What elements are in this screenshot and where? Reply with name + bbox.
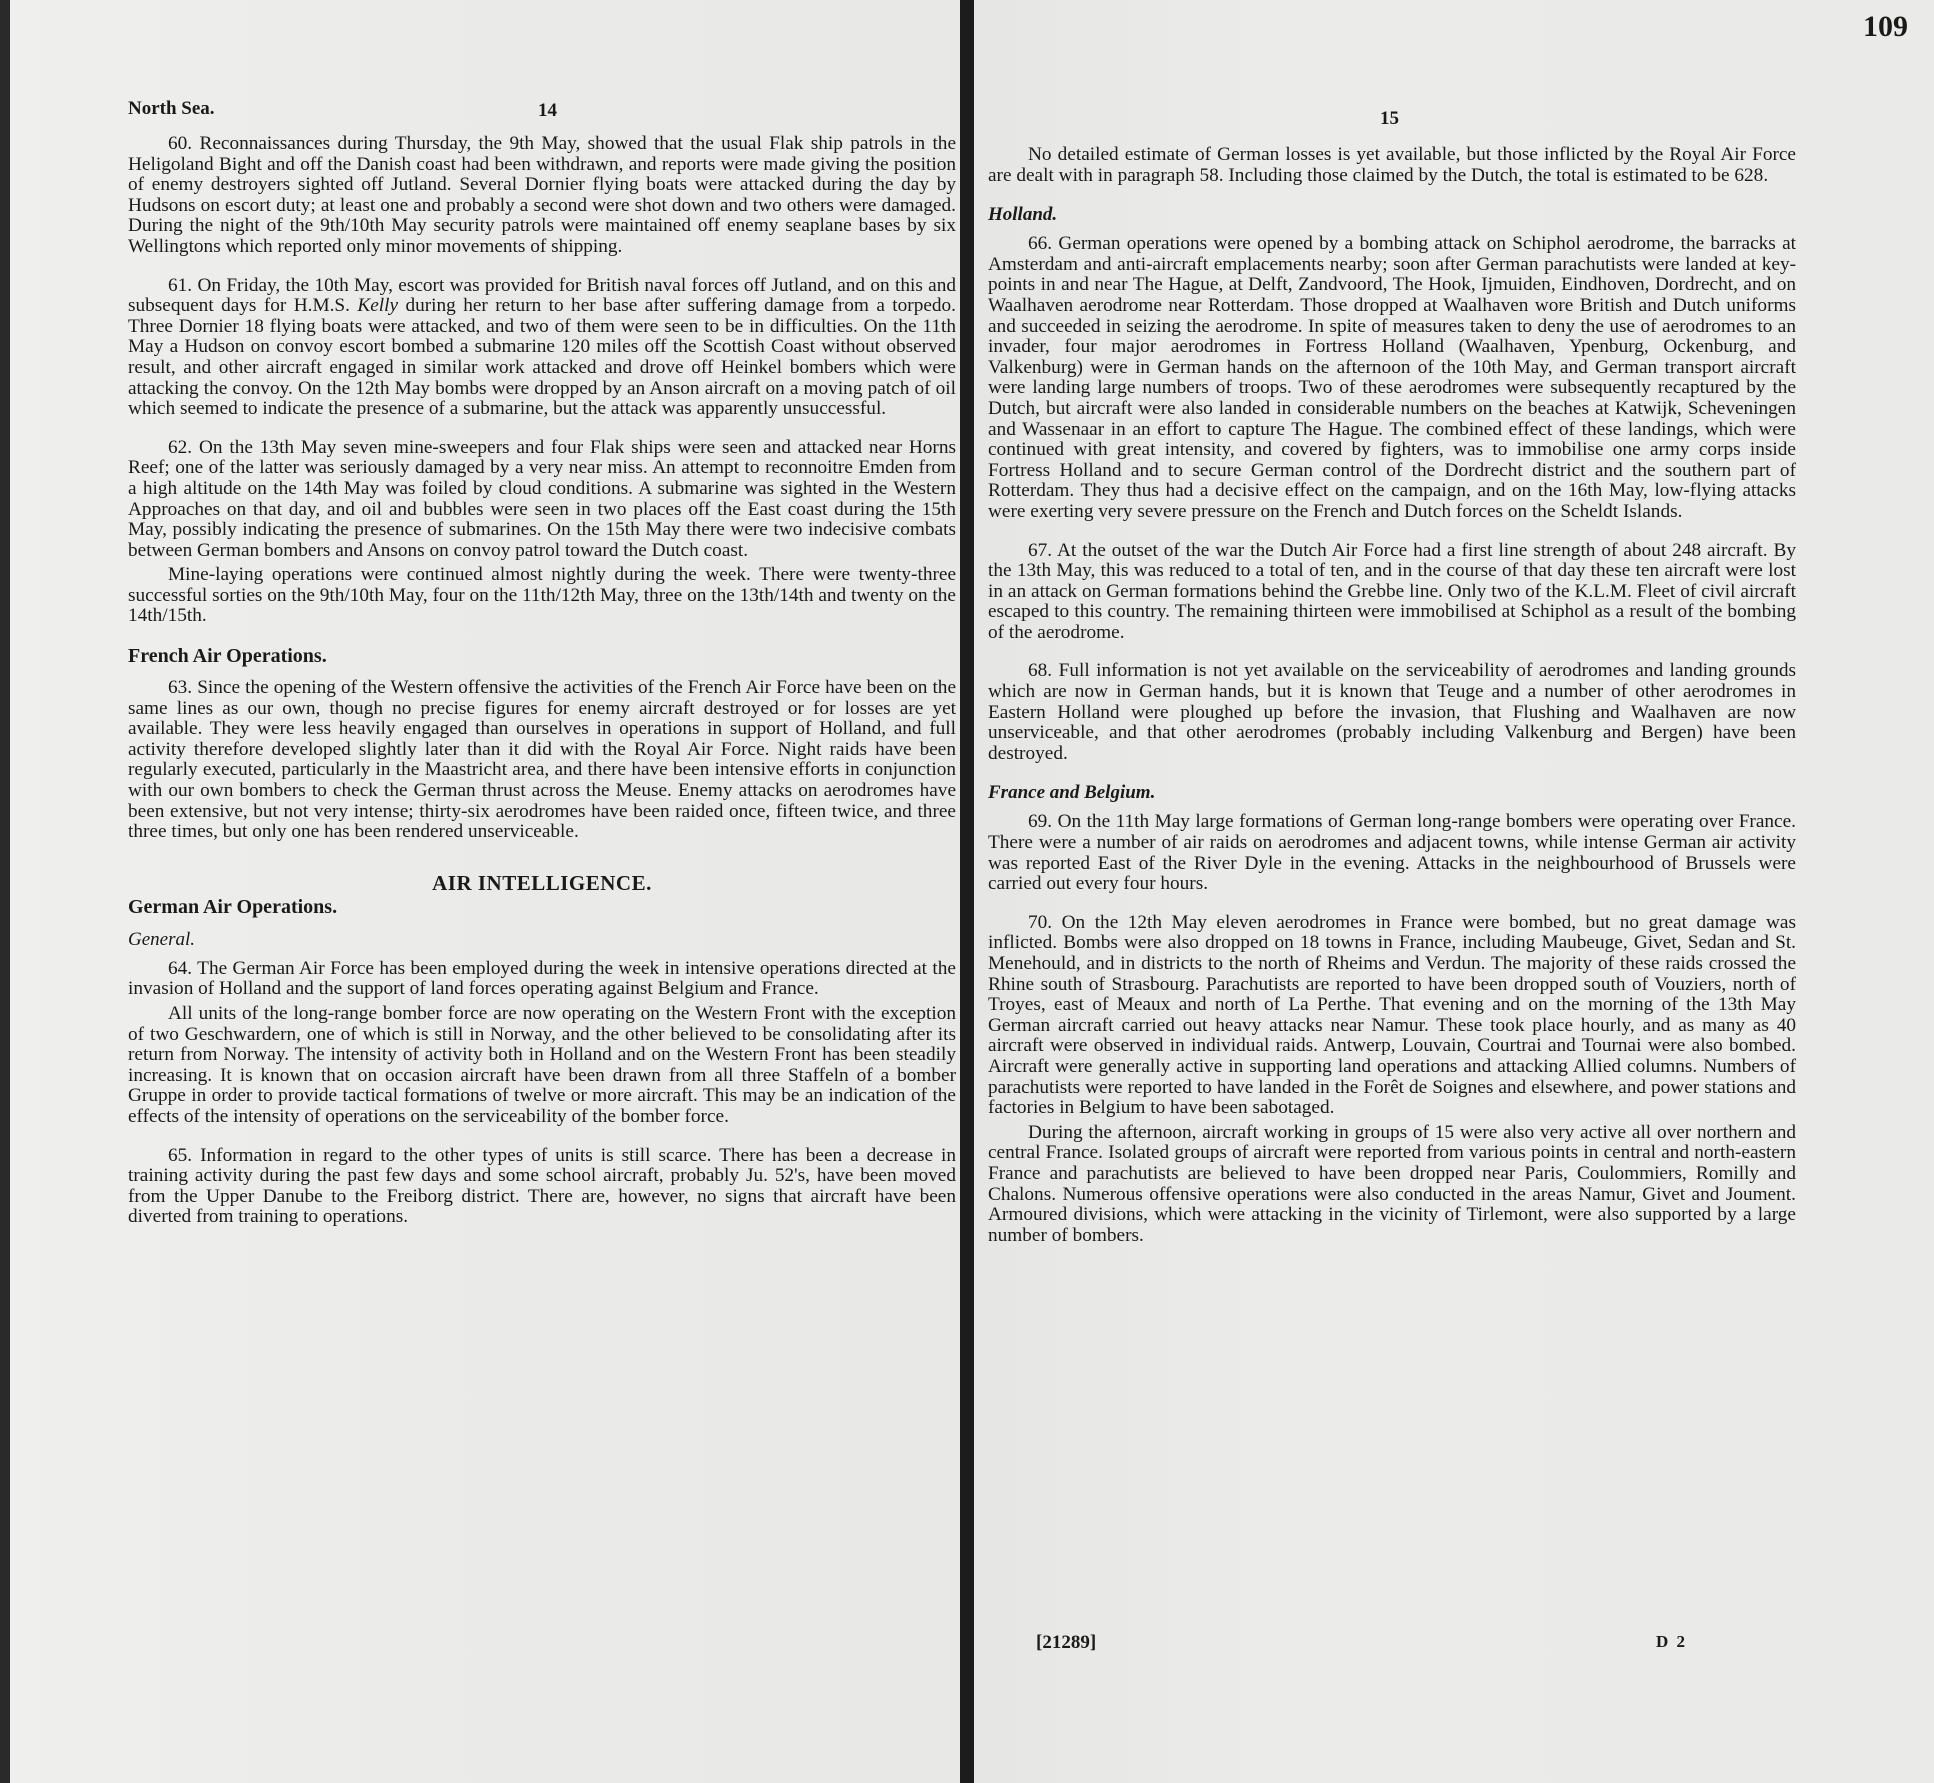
paragraph-67: 67. At the outset of the war the Dutch A… xyxy=(988,541,1796,644)
footer-signature-mark: D 2 xyxy=(1656,1632,1687,1652)
left-page: 14 North Sea. 60. Reconnaissances during… xyxy=(10,0,960,1783)
paragraph-69: 69. On the 11th May large formations of … xyxy=(988,812,1796,894)
paragraph-afternoon-activity: During the afternoon, aircraft working i… xyxy=(988,1123,1796,1247)
scan-left-edge xyxy=(0,0,10,1783)
paragraph-64: 64. The German Air Force has been employ… xyxy=(128,959,956,1000)
page-gutter-divider xyxy=(960,0,974,1783)
ship-name-kelly: Kelly xyxy=(357,295,398,316)
paragraph-70: 70. On the 12th May eleven aerodromes in… xyxy=(988,913,1796,1119)
right-page: 109 15 No detailed estimate of German lo… xyxy=(974,0,1934,1783)
heading-german-air-operations: German Air Operations. xyxy=(128,896,956,919)
paragraph-63: 63. Since the opening of the Western off… xyxy=(128,678,956,843)
heading-french-air-operations: French Air Operations. xyxy=(128,645,956,668)
heading-france-and-belgium: France and Belgium. xyxy=(988,782,1796,804)
footer-reference-number: [21289] xyxy=(1036,1632,1096,1654)
paragraph-66: 66. German operations were opened by a b… xyxy=(988,234,1796,522)
page-number-right: 15 xyxy=(1380,108,1399,130)
paragraph-mine-laying: Mine-laying operations were continued al… xyxy=(128,565,956,627)
paragraph-61: 61. On Friday, the 10th May, escort was … xyxy=(128,276,956,420)
right-page-column: No detailed estimate of German losses is… xyxy=(988,145,1796,1264)
paragraph-long-range-bombers: All units of the long-range bomber force… xyxy=(128,1004,956,1128)
running-head-north-sea: North Sea. xyxy=(128,98,956,120)
title-air-intelligence: AIR INTELLIGENCE. xyxy=(128,871,956,896)
sheet-number: 109 xyxy=(1863,10,1908,44)
heading-holland: Holland. xyxy=(988,204,1796,226)
left-page-column: North Sea. 60. Reconnaissances during Th… xyxy=(128,98,956,1246)
subheading-general: General. xyxy=(128,929,956,951)
paragraph-60: 60. Reconnaissances during Thursday, the… xyxy=(128,134,956,258)
paragraph-german-losses: No detailed estimate of German losses is… xyxy=(988,145,1796,186)
paragraph-62: 62. On the 13th May seven mine-sweepers … xyxy=(128,438,956,562)
paragraph-65: 65. Information in regard to the other t… xyxy=(128,1146,956,1228)
paragraph-68: 68. Full information is not yet availabl… xyxy=(988,661,1796,764)
